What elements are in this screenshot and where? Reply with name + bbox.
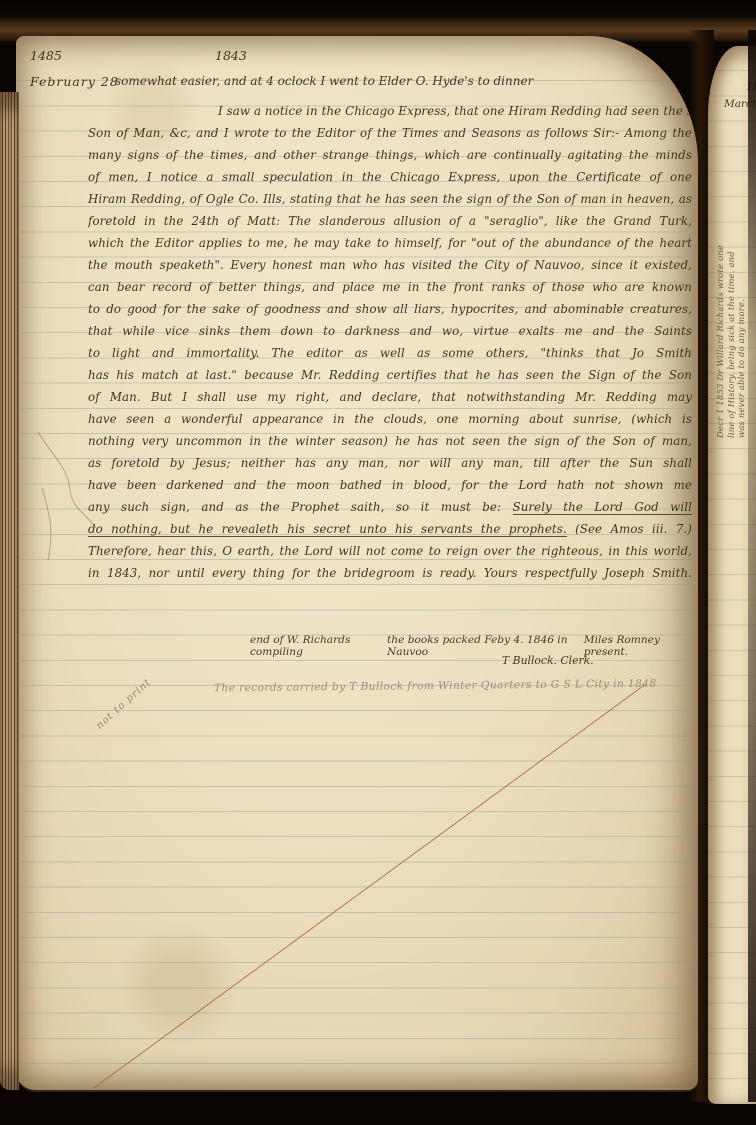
entry-first-line: somewhat easier, and at 4 oclock I went …	[115, 74, 533, 88]
letter-line: many signs of the times, and other stran…	[88, 144, 692, 166]
letter-line: to light and immortality. The editor as …	[88, 342, 692, 364]
letter-line: the mouth speaketh". Every honest man wh…	[88, 254, 692, 276]
year-heading: 1843	[215, 48, 247, 63]
letter-line: have been darkened and the moon bathed i…	[88, 474, 692, 496]
not-to-print-note: not to print	[94, 677, 153, 732]
pencil-note: The records carried by T Bullock from Wi…	[214, 678, 658, 695]
letter-line: which the Editor applies to me, he may t…	[88, 232, 692, 254]
letter-line: to do good for the sake of goodness and …	[88, 298, 692, 320]
folio-number: 1485	[30, 48, 62, 63]
right-edge-shadow	[748, 30, 756, 1102]
letter-line: of Man. But I shall use my right, and de…	[88, 386, 692, 408]
letter-line: do nothing, but he revealeth his secret …	[88, 518, 692, 540]
next-page-rotated-note: Decr 1 1853 Dr Willard Richards wrote on…	[715, 232, 747, 438]
clerk-note-row: end of W. Richards compiling the books p…	[250, 634, 692, 658]
letter-line: I saw a notice in the Chicago Express, t…	[88, 100, 692, 122]
letter-line: Hiram Redding, of Ogle Co. Ills, stating…	[88, 188, 692, 210]
main-page: 1485 1843 February 28 somewhat easier, a…	[16, 36, 698, 1092]
letter-line: has his match at last." because Mr. Redd…	[88, 364, 692, 386]
margin-date: February 28	[30, 74, 119, 89]
letter-line: can bear record of better things, and pl…	[88, 276, 692, 298]
letter-line: Son of Man, &c, and I wrote to the Edito…	[88, 122, 692, 144]
page-fore-edges	[0, 92, 19, 1090]
cancellation-line	[93, 685, 645, 1089]
stray-hair-mark	[24, 428, 104, 578]
letter-line: Therefore, hear this, O earth, the Lord …	[88, 540, 692, 562]
letter-line: as foretold by Jesus; neither has any ma…	[88, 452, 692, 474]
letter-line: foretold in the 24th of Matt: The slande…	[88, 210, 692, 232]
letter-line: of men, I notice a small speculation in …	[88, 166, 692, 188]
letter-line: nothing very uncommon in the winter seas…	[88, 430, 692, 452]
clerk-signature: T Bullock. Clerk.	[502, 654, 594, 667]
letter-line: any such sign, and as the Prophet saith,…	[88, 496, 692, 518]
letter-line: in 1843, nor until every thing for the b…	[88, 562, 692, 584]
letter-line: have seen a wonderful appearance in the …	[88, 408, 692, 430]
clerk-note-right: Miles Romney present.	[584, 634, 692, 658]
clerk-note-left: end of W. Richards compiling	[250, 634, 387, 658]
letter-body: I saw a notice in the Chicago Express, t…	[88, 100, 692, 584]
letter-line: that while vice sinks them down to darkn…	[88, 320, 692, 342]
